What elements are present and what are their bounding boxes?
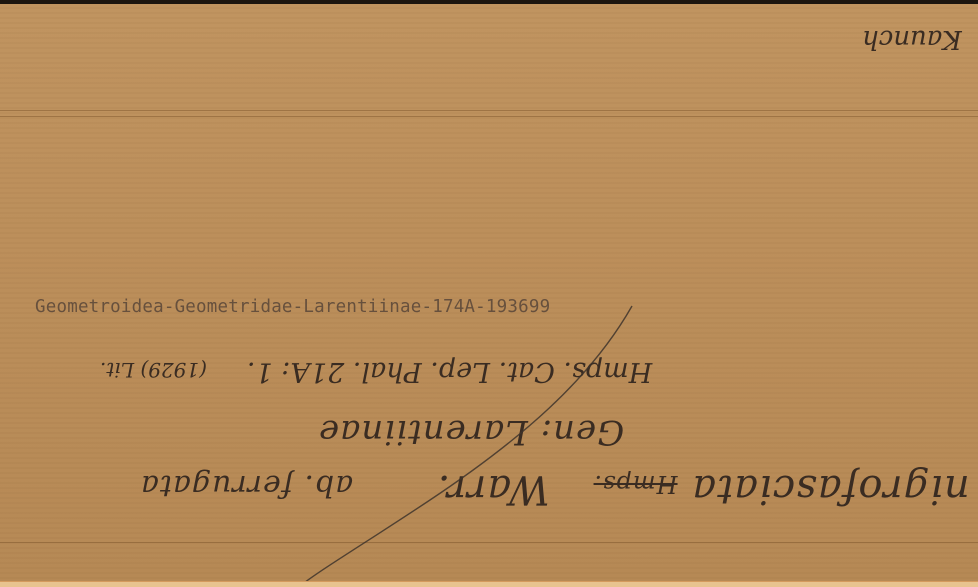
card-bottom-edge <box>0 581 978 587</box>
index-card: Geometroidea-Geometridae-Larentiinae-174… <box>0 4 978 581</box>
species-name: nigrofasciata <box>691 466 970 512</box>
handwritten-collector-name: Kaunch <box>862 24 962 54</box>
handwritten-genus-line: Gen: Larentiinae <box>318 412 624 452</box>
species-author: Warr. <box>437 466 550 512</box>
reference-year: (1929) Lit. <box>100 358 207 382</box>
struck-author: Hmps. <box>594 470 678 498</box>
aberration-name: ab. ferrugata <box>140 468 353 503</box>
reference-citation: Hmps. Cat. Lep. Phal. 21A: 1. <box>247 356 652 387</box>
typed-catalog-label: Geometroidea-Geometridae-Larentiinae-174… <box>35 297 550 317</box>
card-rule-line <box>0 542 978 543</box>
card-rule-line <box>0 116 978 117</box>
handwritten-reference-line: Hmps. Cat. Lep. Phal. 21A: 1.(1929) Lit. <box>100 356 652 387</box>
handwritten-species-line: nigrofasciata Hmps. Warr. ab. ferrugata <box>140 466 970 512</box>
card-rule-line <box>0 110 978 111</box>
